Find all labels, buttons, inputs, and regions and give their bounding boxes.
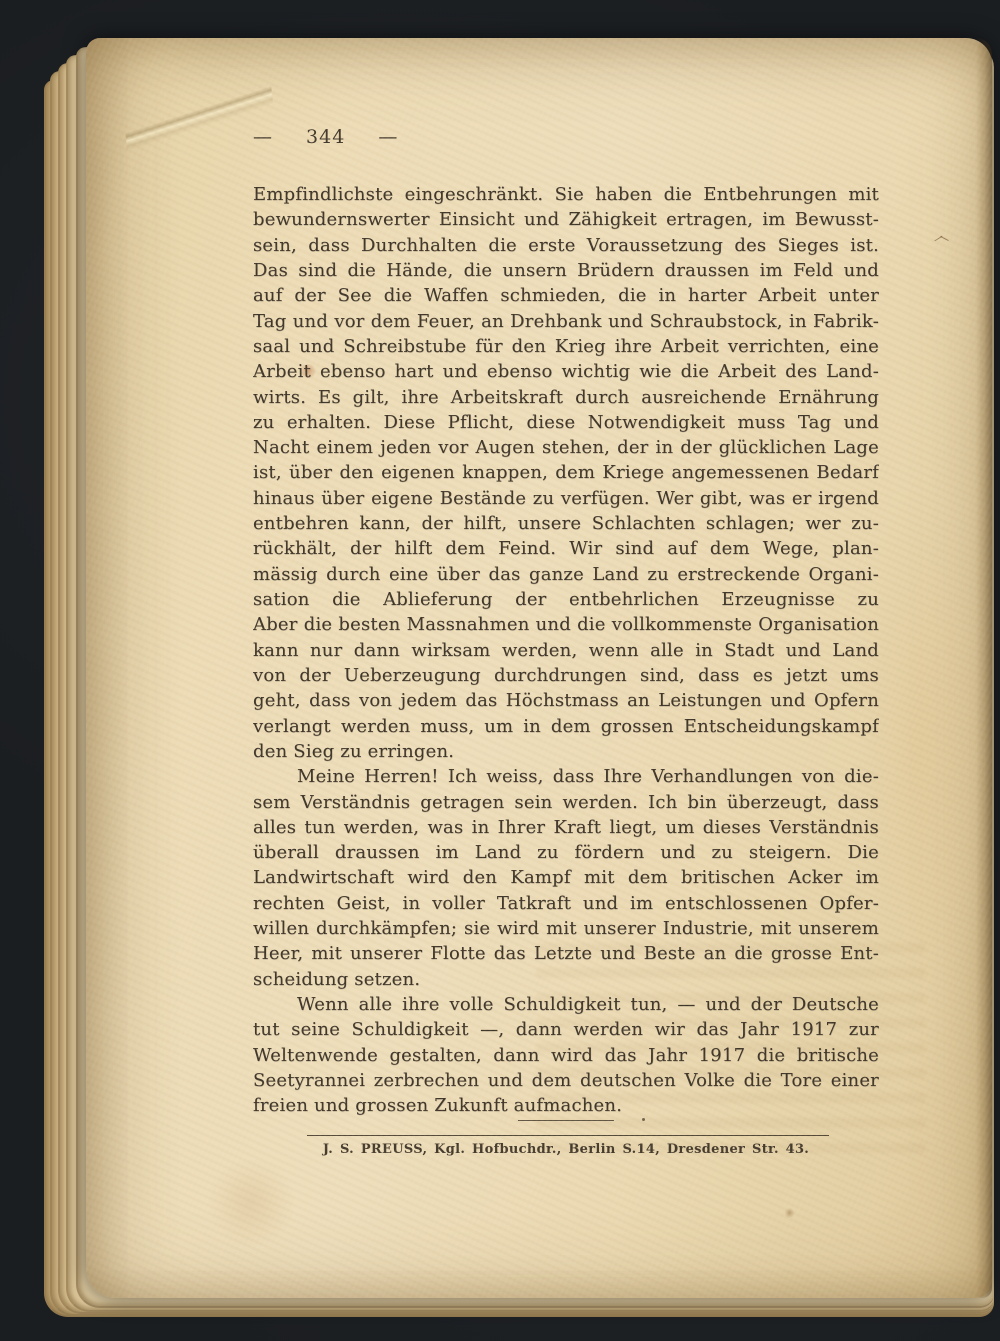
text-line: wirts. Es gilt, ihre Arbeitskraft durch … xyxy=(253,385,879,410)
pencil-caret-mark xyxy=(934,234,948,243)
imprint-rule xyxy=(307,1135,829,1136)
text-line: Meine Herren! Ich weiss, dass Ihre Verha… xyxy=(253,764,879,789)
text-line: bewundernswerter Einsicht und Zähigkeit … xyxy=(253,207,879,232)
text-line: ist, über den eigenen knappen, dem Krieg… xyxy=(253,460,879,485)
text-line: Landwirtschaft wird den Kampf mit dem br… xyxy=(253,865,879,890)
text-line: geht, dass von jedem das Höchstmass an L… xyxy=(253,688,879,713)
gutter-shadow xyxy=(976,38,992,1298)
foxing-stain xyxy=(784,1208,795,1218)
text-line: willen durchkämpfen; sie wird mit unsere… xyxy=(253,916,879,941)
text-line: hinaus über eigene Bestände zu verfügen.… xyxy=(253,486,879,511)
text-line: freien und grossen Zukunft aufmachen. xyxy=(253,1093,879,1118)
text-line: rechten Geist, in voller Tatkraft und im… xyxy=(253,891,879,916)
text-line: rückhält, der hilft dem Feind. Wir sind … xyxy=(253,536,879,561)
text-line: Empfindlichste eingeschränkt. Sie haben … xyxy=(253,182,879,207)
text-line: Aber die besten Massnahmen und die vollk… xyxy=(253,612,879,637)
text-line: verlangt werden muss, um in dem grossen … xyxy=(253,714,879,739)
text-line: überall draussen im Land zu fördern und … xyxy=(253,840,879,865)
text-line: sem Verständnis getragen sein werden. Ic… xyxy=(253,790,879,815)
text-line: Wenn alle ihre volle Schuldigkeit tun, —… xyxy=(253,992,879,1017)
text-line: zu erhalten. Diese Pflicht, diese Notwen… xyxy=(253,410,879,435)
text-line: sation die Ablieferung der entbehrlichen… xyxy=(253,587,879,612)
text-line: Nacht einem jeden vor Augen stehen, der … xyxy=(253,435,879,460)
text-line: alles tun werden, was in Ihrer Kraft lie… xyxy=(253,815,879,840)
text-line: mässig durch eine über das ganze Land zu… xyxy=(253,562,879,587)
printer-imprint: J. S. PREUSS, Kgl. Hofbuchdr., Berlin S.… xyxy=(253,1142,879,1157)
text-line: entbehren kann, der hilft, unsere Schlac… xyxy=(253,511,879,536)
text-line: Tag und vor dem Feuer, an Drehbank und S… xyxy=(253,309,879,334)
body-text: Empfindlichste eingeschränkt. Sie haben … xyxy=(253,182,879,1119)
text-line: saal und Schreibstube für den Krieg ihre… xyxy=(253,334,879,359)
text-line: tut seine Schuldigkeit —, dann werden wi… xyxy=(253,1017,879,1042)
text-line: Weltenwende gestalten, dann wird das Jah… xyxy=(253,1043,879,1068)
text-line: Das sind die Hände, die unsern Brüdern d… xyxy=(253,258,879,283)
foxing-stain xyxy=(206,1158,296,1248)
text-line: Arbeit ebenso hart und ebenso wichtig wi… xyxy=(253,359,879,384)
page-number: — 344 — xyxy=(253,126,398,148)
text-line: Heer, mit unserer Flotte das Letzte und … xyxy=(253,941,879,966)
text-line: den Sieg zu erringen. xyxy=(253,739,879,764)
book-scan: — 344 — Empfindlichste eingeschränkt. Si… xyxy=(0,0,1000,1341)
text-line: scheidung setzen. xyxy=(253,967,879,992)
end-of-text-divider xyxy=(518,1120,614,1121)
text-line: sein, dass Durchhalten die erste Vorauss… xyxy=(253,233,879,258)
book-page: — 344 — Empfindlichste eingeschränkt. Si… xyxy=(86,38,992,1298)
text-line: Seetyrannei zerbrechen und dem deutschen… xyxy=(253,1068,879,1093)
text-line: von der Ueberzeugung durchdrungen sind, … xyxy=(253,663,879,688)
text-line: kann nur dann wirksam werden, wenn alle … xyxy=(253,638,879,663)
text-line: auf der See die Waffen schmieden, die in… xyxy=(253,283,879,308)
